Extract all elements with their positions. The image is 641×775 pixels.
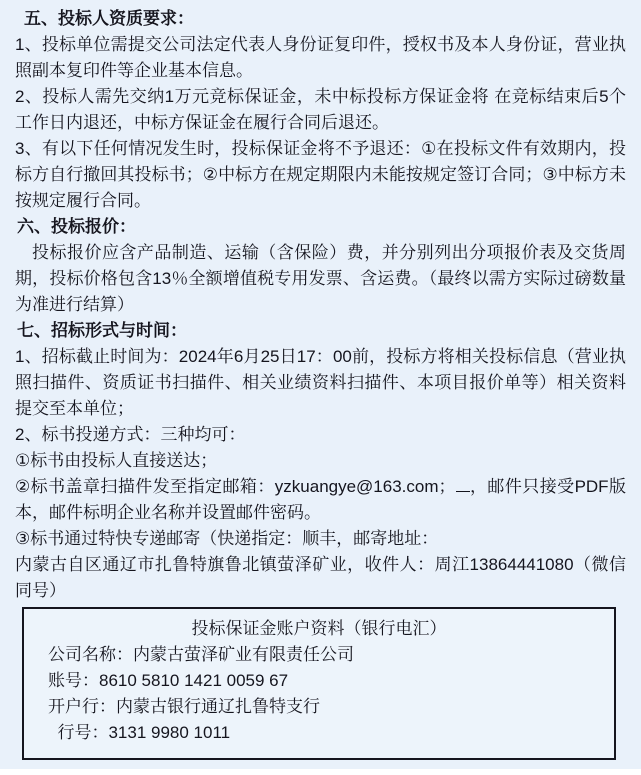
- delivery-intro: 2、标书投递方式：三种均可：: [15, 422, 626, 448]
- qualification-item-2: 2、投标人需先交纳1万元竞标保证金，未中标投标方保证金将 在竞标结束后5个工作日…: [15, 84, 626, 136]
- delivery-method-1: ①标书由投标人直接送达；: [15, 448, 626, 474]
- account-bank-code: 行号：3131 9980 1011: [24, 720, 614, 746]
- delivery-method-2-label: ②标书盖章扫描件发至指定邮箱：: [15, 477, 275, 496]
- section-6-heading: 六、投标报价：: [15, 214, 626, 240]
- account-bank-name: 开户行：内蒙古银行通辽扎鲁特支行: [24, 694, 614, 720]
- account-number: 账号：8610 5810 1421 0059 67: [24, 668, 614, 694]
- deadline-item: 1、招标截止时间为：2024年6月25日17：00前，投标方将相关投标信息（营业…: [15, 344, 626, 422]
- section-5-heading: 五、投标人资质要求：: [15, 6, 626, 32]
- underline-blank: [456, 475, 470, 492]
- delivery-method-2: ②标书盖章扫描件发至指定邮箱：yzkuangye@163.com；，邮件只接受P…: [15, 474, 626, 526]
- section-7-heading: 七、招标形式与时间：: [15, 318, 626, 344]
- account-company-name: 公司名称：内蒙古萤泽矿业有限责任公司: [24, 642, 614, 668]
- qualification-item-3: 3、有以下任何情况发生时，投标保证金将不予退还：①在投标文件有效期内，投标方自行…: [15, 136, 626, 214]
- qualification-item-1: 1、投标单位需提交公司法定代表人身份证复印件，授权书及本人身份证，营业执照副本复…: [15, 32, 626, 84]
- mailing-address: 内蒙古自区通辽市扎鲁特旗鲁北镇萤泽矿业，收件人：周江13864441080（微信…: [15, 552, 626, 604]
- delivery-method-3: ③标书通过特快专递邮寄（快递指定：顺丰，邮寄地址：: [15, 526, 626, 552]
- tender-document-page: 五、投标人资质要求： 1、投标单位需提交公司法定代表人身份证复印件，授权书及本人…: [0, 0, 641, 769]
- quotation-body: 投标报价应含产品制造、运输（含保险）费，并分别列出分项报价表及交货周期，投标价格…: [15, 240, 626, 318]
- deposit-account-box: 投标保证金账户资料（银行电汇） 公司名称：内蒙古萤泽矿业有限责任公司 账号：86…: [22, 607, 616, 760]
- deposit-account-box-title: 投标保证金账户资料（银行电汇）: [24, 616, 614, 642]
- bid-email-address: yzkuangye@163.com；: [275, 477, 456, 496]
